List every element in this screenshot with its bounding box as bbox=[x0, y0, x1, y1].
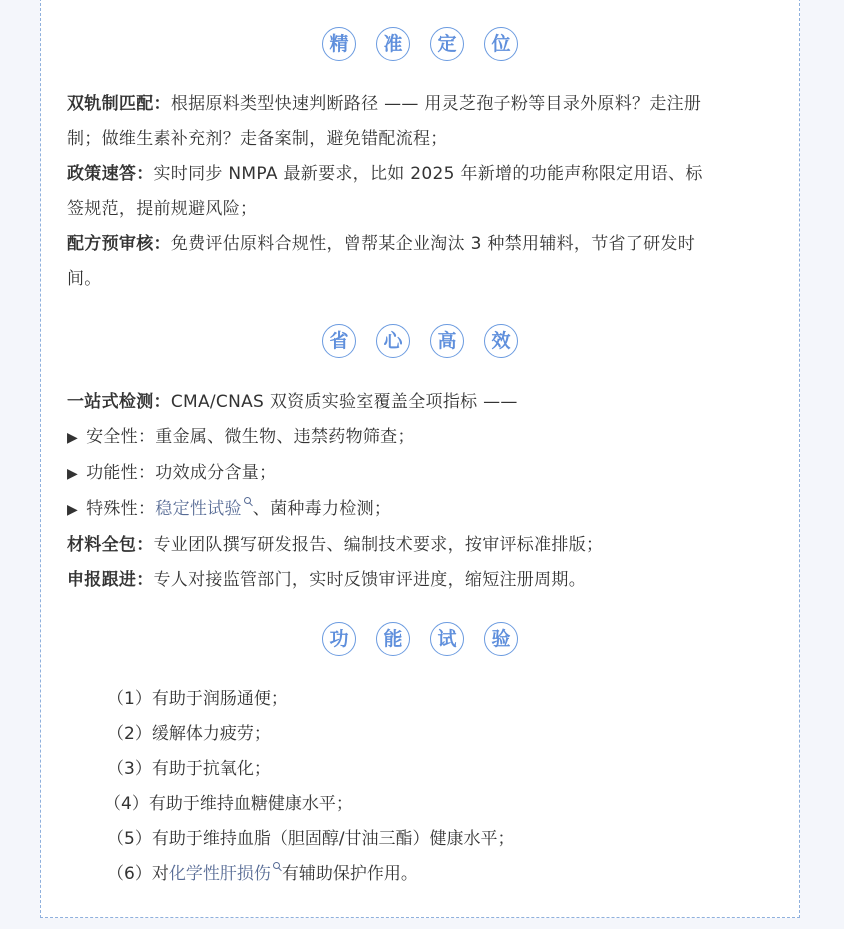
item-number: （1） bbox=[107, 689, 152, 709]
bullet-text: 功效成分含量； bbox=[155, 463, 276, 483]
triangle-bullet-icon: ▶ bbox=[67, 502, 78, 518]
search-icon[interactable] bbox=[273, 862, 280, 869]
chemical-liver-injury-link[interactable]: 化学性肝损伤 bbox=[169, 864, 271, 884]
section-badges-precise-positioning: 精 准 定 位 bbox=[41, 27, 799, 61]
bullet-item: ▶特殊性：稳定性试验、菌种毒力检测； bbox=[67, 492, 779, 528]
paragraph-line: 配方预审核：免费评估原料合规性，曾帮某企业淘汰 3 种禁用辅料，节省了研发时 bbox=[67, 227, 779, 262]
section-positioning-content: 双轨制匹配：根据原料类型快速判断路径 —— 用灵芝孢子粉等目录外原料？走注册 制… bbox=[67, 87, 779, 297]
item-label: 双轨制匹配： bbox=[67, 94, 171, 114]
bullet-prefix: 安全性： bbox=[86, 427, 155, 447]
item-label: 一站式检测： bbox=[67, 392, 171, 412]
list-item: （6）对化学性肝损伤有辅助保护作用。 bbox=[107, 857, 787, 892]
badge-char: 功 bbox=[322, 622, 356, 656]
badge-char: 定 bbox=[430, 27, 464, 61]
item-text: CMA/CNAS 双资质实验室覆盖全项指标 —— bbox=[171, 392, 518, 412]
item-text: 专业团队撰写研发报告、编制技术要求，按审评标准排版； bbox=[154, 535, 604, 555]
bullet-text: 、菌种毒力检测； bbox=[253, 499, 391, 519]
bullet-prefix: 特殊性： bbox=[86, 499, 155, 519]
item-number: （2） bbox=[107, 724, 152, 744]
item-label: 政策速答： bbox=[67, 164, 154, 184]
badge-char: 验 bbox=[484, 622, 518, 656]
item-text: 有助于抗氧化； bbox=[152, 759, 271, 779]
item-number: （4） bbox=[104, 794, 149, 814]
paragraph-line: 一站式检测：CMA/CNAS 双资质实验室覆盖全项指标 —— bbox=[67, 385, 779, 420]
search-icon[interactable] bbox=[244, 497, 251, 504]
stability-test-link[interactable]: 稳定性试验 bbox=[155, 499, 242, 519]
item-text: 免费评估原料合规性，曾帮某企业淘汰 3 种禁用辅料，节省了研发时 bbox=[171, 234, 695, 254]
section-badges-function-tests: 功 能 试 验 bbox=[41, 622, 799, 656]
item-text: 根据原料类型快速判断路径 —— 用灵芝孢子粉等目录外原料？走注册 bbox=[171, 94, 701, 114]
badge-char: 精 bbox=[322, 27, 356, 61]
item-text: 有助于润肠通便； bbox=[152, 689, 288, 709]
item-number: （3） bbox=[107, 759, 152, 779]
bullet-item: ▶安全性：重金属、微生物、违禁药物筛查； bbox=[67, 420, 779, 456]
badge-char: 能 bbox=[376, 622, 410, 656]
paragraph-line: 双轨制匹配：根据原料类型快速判断路径 —— 用灵芝孢子粉等目录外原料？走注册 bbox=[67, 87, 779, 122]
list-item: （5）有助于维持血脂（胆固醇/甘油三酯）健康水平； bbox=[107, 822, 787, 857]
item-label: 材料全包： bbox=[67, 535, 154, 555]
badge-char: 省 bbox=[322, 324, 356, 358]
item-text: 有助于维持血糖健康水平； bbox=[149, 794, 353, 814]
item-label: 申报跟进： bbox=[67, 570, 154, 590]
bullet-prefix: 功能性： bbox=[86, 463, 155, 483]
section-badges-efficiency: 省 心 高 效 bbox=[41, 324, 799, 358]
badge-char: 效 bbox=[484, 324, 518, 358]
list-item: （2）缓解体力疲劳； bbox=[107, 717, 787, 752]
triangle-bullet-icon: ▶ bbox=[67, 466, 78, 482]
bullet-text: 重金属、微生物、违禁药物筛查； bbox=[155, 427, 415, 447]
paragraph-line: 申报跟进：专人对接监管部门，实时反馈审评进度，缩短注册周期。 bbox=[67, 563, 779, 598]
item-number: （5） bbox=[107, 829, 152, 849]
item-text: 有助于维持血脂（胆固醇/甘油三酯）健康水平； bbox=[152, 829, 515, 849]
section-efficiency-content: 一站式检测：CMA/CNAS 双资质实验室覆盖全项指标 —— ▶安全性：重金属、… bbox=[67, 385, 779, 598]
list-item: （3）有助于抗氧化； bbox=[107, 752, 787, 787]
item-text: 实时同步 NMPA 最新要求，比如 2025 年新增的功能声称限定用语、标 bbox=[154, 164, 703, 184]
item-text: 有辅助保护作用。 bbox=[282, 864, 418, 884]
list-item: （4）有助于维持血糖健康水平； bbox=[104, 787, 787, 822]
function-test-list: （1）有助于润肠通便； （2）缓解体力疲劳； （3）有助于抗氧化； （4）有助于… bbox=[107, 682, 787, 892]
badge-char: 试 bbox=[430, 622, 464, 656]
item-text: 缓解体力疲劳； bbox=[152, 724, 271, 744]
list-item: （1）有助于润肠通便； bbox=[107, 682, 787, 717]
badge-char: 准 bbox=[376, 27, 410, 61]
paragraph-line: 间。 bbox=[67, 262, 779, 297]
triangle-bullet-icon: ▶ bbox=[67, 430, 78, 446]
paragraph-line: 材料全包：专业团队撰写研发报告、编制技术要求，按审评标准排版； bbox=[67, 528, 779, 563]
badge-char: 心 bbox=[376, 324, 410, 358]
paragraph-line: 签规范，提前规避风险； bbox=[67, 192, 779, 227]
item-text: 专人对接监管部门，实时反馈审评进度，缩短注册周期。 bbox=[154, 570, 587, 590]
paragraph-line: 政策速答：实时同步 NMPA 最新要求，比如 2025 年新增的功能声称限定用语… bbox=[67, 157, 779, 192]
paragraph-line: 制；做维生素补充剂？走备案制，避免错配流程； bbox=[67, 122, 779, 157]
item-number: （6） bbox=[107, 864, 152, 884]
badge-char: 高 bbox=[430, 324, 464, 358]
article-frame: 精 准 定 位 双轨制匹配：根据原料类型快速判断路径 —— 用灵芝孢子粉等目录外… bbox=[40, 0, 800, 918]
item-label: 配方预审核： bbox=[67, 234, 171, 254]
item-text: 对 bbox=[152, 864, 169, 884]
badge-char: 位 bbox=[484, 27, 518, 61]
bullet-item: ▶功能性：功效成分含量； bbox=[67, 456, 779, 492]
